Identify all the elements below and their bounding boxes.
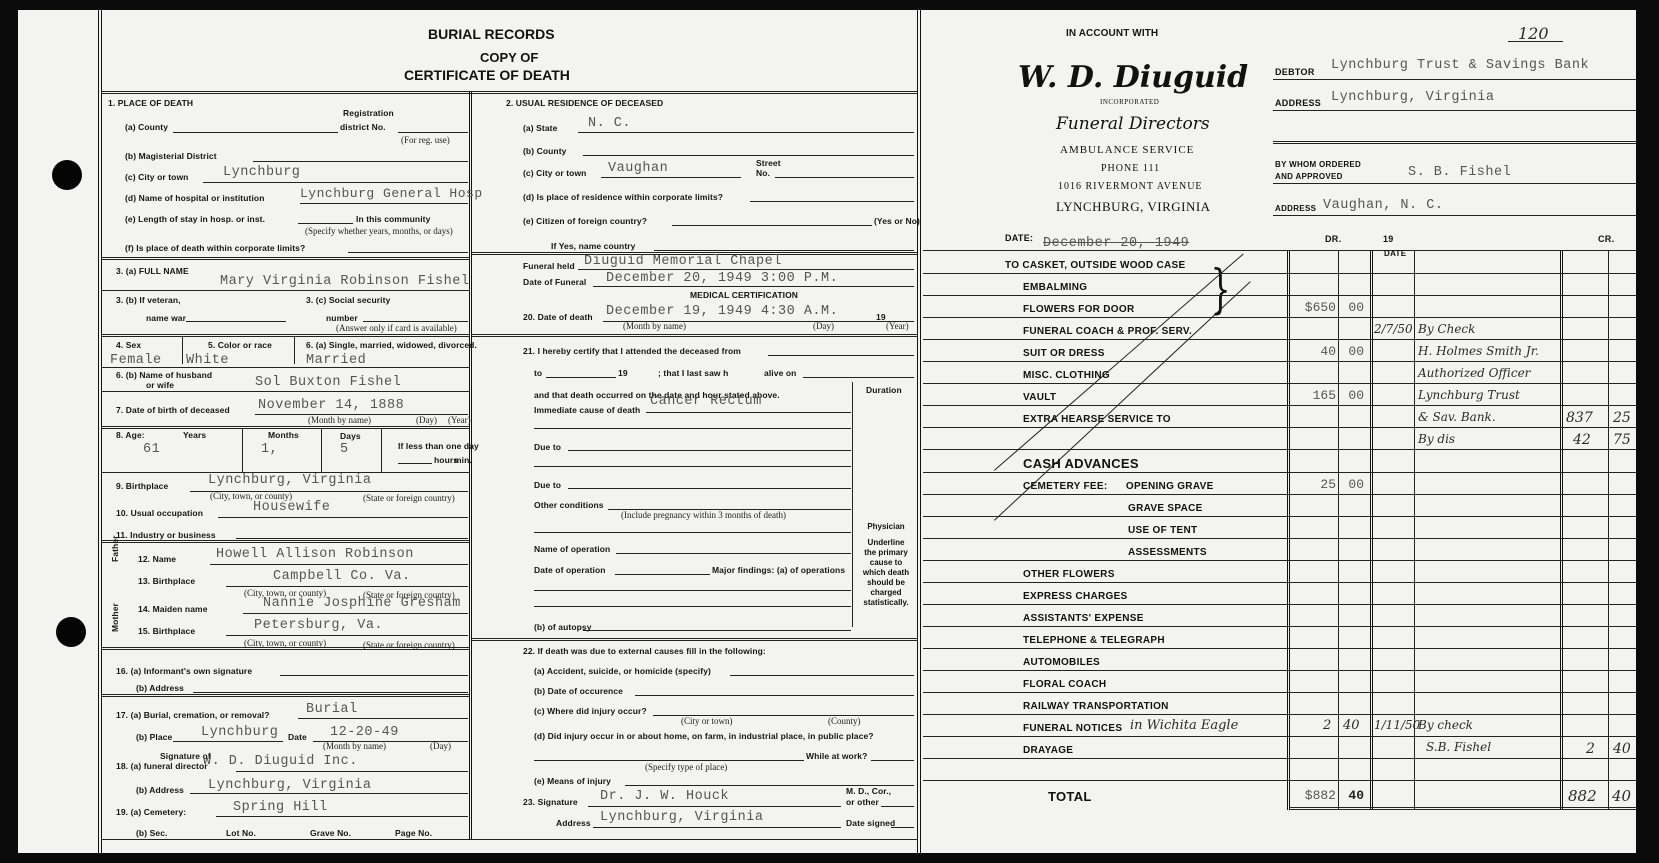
note-line: the primary [856,548,916,558]
signature-value: Dr. J. W. Houck [600,789,729,804]
item-label: ASSISTANTS' EXPENSE [1023,613,1144,624]
ss-note: (Answer only if card is available) [336,323,457,333]
item-credit-cents: 25 [1613,410,1631,426]
funeral-date-label: Date of Funeral [523,277,586,287]
rule [1273,141,1636,144]
item-cents: 00 [1340,477,1364,492]
cemetery-label: 19. (a) Cemetery: [116,807,186,817]
occurence-label: (b) Date of occurence [534,686,623,696]
hospital-value: Lynchburg General Hosp [300,186,483,201]
item-dollars: $650 [1290,300,1336,315]
item-label: AUTOMOBILES [1023,657,1100,668]
street-address: 1016 RIVERMONT AVENUE [1058,181,1203,192]
veteran-label: 3. (b) If veteran, [116,295,181,305]
row-rule [923,405,1636,406]
rule [102,540,470,543]
row-rule [923,714,1636,715]
cr-label: CR. [1598,234,1614,244]
operation-name-label: Name of operation [534,544,610,554]
item-label: SUIT OR DRESS [1023,348,1105,359]
ss-field[interactable] [363,321,468,322]
total-debit-cents: 40 [1340,788,1364,803]
note-city: (City or town) [681,716,733,726]
row-rule [923,538,1636,539]
item-label: TELEPHONE & TELEGRAPH [1023,635,1165,646]
item-cents: 00 [1340,344,1364,359]
while-at-work-label: While at work? [806,751,867,761]
funeral-director-value: W. D. Diuguid Inc. [203,754,358,769]
item-label: USE OF TENT [1128,525,1197,536]
ordered-by-field[interactable] [1273,183,1636,184]
rule [1508,41,1563,42]
months-value: 1, [261,442,278,457]
medical-heading: MEDICAL CERTIFICATION [690,290,798,300]
marital-label: 6. (a) Single, married, widowed, divorce… [306,340,477,350]
row-rule [923,494,1636,495]
item-label: TO CASKET, OUTSIDE WOOD CASE [1005,260,1185,271]
burial-place-value: Lynchburg [201,725,278,740]
state-value: N. C. [588,116,631,131]
rule [102,426,470,429]
res-corporate-label: (d) Is place of residence within corpora… [523,192,723,202]
occupation-label: 10. Usual occupation [116,508,203,518]
in-account-with: IN ACCOUNT WITH [1066,28,1158,39]
date-label: DATE: [1005,233,1033,243]
funeral-director-field[interactable] [236,771,468,772]
rule [102,334,470,337]
date-signed-label: Date signed [846,818,895,828]
item-handwritten-note: in Wichita Eagle [1130,718,1238,733]
row-rule [923,516,1636,517]
binder-hole-bottom [56,617,86,647]
divider [182,336,183,364]
years-value: 61 [143,442,160,457]
fd-address-field[interactable] [190,793,468,794]
column-divider [469,92,472,840]
signature-field[interactable] [588,806,841,807]
funeral-held-value: Diuguid Memorial Chapel [584,254,782,269]
operation-date-field[interactable] [615,574,710,575]
row-rule [923,317,1636,318]
signer-address-label: Address [556,818,591,828]
immediate-cause-value: Cancer Rectum [650,394,762,409]
divider [294,336,295,364]
date-column-label: DATE [1384,249,1406,258]
father-birthplace-label: 13. Birthplace [138,576,195,586]
hospital-field[interactable] [300,203,468,204]
age-label: 8. Age: [116,430,145,440]
funeral-directors-label: Funeral Directors [1056,114,1210,134]
due-to-label-2: Due to [534,480,561,490]
citizen-field[interactable] [672,225,872,226]
race-value: White [186,353,229,368]
rule [102,694,470,697]
min-label: min. [454,455,472,465]
item-label: EMBALMING [1023,282,1087,293]
city-label: (c) City or town [125,172,188,182]
total-credit: 882 [1568,787,1597,805]
marital-value: Married [306,353,366,368]
informant-address-label: (b) Address [136,683,184,693]
occurence-field[interactable] [635,695,914,696]
mother-birthplace-value: Petersburg, Va. [254,618,383,633]
item-credit-dollars: 42 [1573,432,1591,448]
ledger-top-rule [923,250,1636,251]
row-rule [923,648,1636,649]
citizen-label: (e) Citizen of foreign country? [523,216,647,226]
burial-date-value: 12-20-49 [330,725,399,740]
dr-label: DR. [1325,234,1341,244]
burial-type-field[interactable] [298,718,468,719]
col-line [1560,250,1563,810]
duration-label: Duration [866,385,902,395]
ordered-by-label: BY WHOM ORDERED [1275,160,1361,169]
accident-field[interactable] [730,675,914,676]
item-credit-cents: 40 [1613,741,1631,757]
registration-label: Registration [343,108,394,118]
to-label: to [534,368,542,378]
header-burial-records: BURIAL RECORDS [428,26,555,42]
rule [102,290,470,291]
injury-location-label: (c) Where did injury occur? [534,706,647,716]
alive-field[interactable] [803,377,914,378]
note-line: which death [856,568,916,578]
debtor-address-label: ADDRESS [1275,98,1321,108]
last-saw-label: ; that I last saw h [658,368,728,378]
father-name-value: Howell Allison Robinson [216,547,414,562]
father-birthplace-field[interactable] [226,586,468,587]
registration-field[interactable] [398,132,468,133]
county-field[interactable] [173,132,338,133]
street-no-label: No. [756,168,770,178]
item-note: & Sav. Bank. [1418,410,1496,424]
yes-no-note: (Yes or No) [874,216,920,226]
debtor-address-field[interactable] [1273,110,1636,111]
row-rule [923,736,1636,737]
item-label: FUNERAL COACH & PROF. SERV. [1023,326,1192,337]
item-note: By dis [1418,432,1455,446]
place-of-death-heading: 1. PLACE OF DEATH [108,98,193,108]
divider [381,428,382,472]
state-field[interactable] [578,132,914,133]
due-to-field-1[interactable] [568,450,851,451]
birthplace-label: 9. Birthplace [116,481,168,491]
birth-date-value: November 14, 1888 [258,398,404,413]
row-rule [923,383,1636,384]
months-label: Months [268,430,299,440]
row-rule [923,339,1636,340]
cemetery-value: Spring Hill [233,800,328,815]
note-line: charged [856,588,916,598]
mother-birthplace-label: 15. Birthplace [138,626,195,636]
signer-address-value: Lynchburg, Virginia [600,810,763,825]
rule [102,367,470,368]
mother-birthplace-field[interactable] [226,635,468,636]
row-rule [923,427,1636,428]
item-label: MISC. CLOTHING [1023,370,1110,381]
injury-place-field[interactable] [534,760,804,761]
magisterial-label: (b) Magisterial District [125,151,217,161]
row-rule [923,692,1636,693]
total-debit: $882 [1290,788,1336,803]
to-field[interactable] [546,377,616,378]
burial-place-label: (b) Place [136,732,172,742]
certify-label: 21. I hereby certify that I attended the… [523,346,741,356]
row-rule [923,560,1636,561]
days-value: 5 [340,442,349,457]
col-line [1608,250,1609,810]
rule [102,391,470,392]
stay-note: (Specify whether years, months, or days) [305,226,453,236]
total-rule [1290,807,1636,810]
mother-name-label: 14. Maiden name [138,604,208,614]
full-name-value: Mary Virginia Robinson Fishel [220,274,469,289]
autopsy-field[interactable] [583,630,851,631]
birthplace-value: Lynchburg, Virginia [208,473,371,488]
ordered-address-label: ADDRESS [1275,204,1316,213]
father-side-label: Father [110,535,120,562]
occupation-value: Housewife [253,500,330,515]
header-rule [102,91,917,94]
spouse-value: Sol Buxton Fishel [255,375,401,390]
note-line: statistically. [856,598,916,608]
mother-side-label: Mother [110,603,120,632]
state-label: (a) State [523,123,557,133]
item-label: GRAVE SPACE [1128,503,1203,514]
country-label: If Yes, name country [551,241,636,251]
community-label: In this community [356,214,430,224]
brace-icon: } [1211,264,1231,316]
note-month: (Month by name) [623,321,686,331]
certify-from-field[interactable] [768,355,914,356]
ordered-address-value: Vaughan, N. C. [1323,198,1443,213]
grave-label: Grave No. [310,828,351,838]
item-label: CEMETERY FEE: OPENING GRAVE [1023,481,1214,492]
death-date-value: December 19, 1949 4:30 A.M. [606,304,838,319]
operation-date-label: Date of operation [534,565,606,575]
city-field[interactable] [203,182,468,183]
res-county-label: (b) County [523,146,567,156]
funeral-held-field[interactable] [578,269,914,270]
physician-note: Physician Underline the primary cause to… [856,522,916,608]
row-rule [923,295,1636,296]
burial-date-label: Date [288,732,307,742]
item-credit-cents: 75 [1613,432,1631,448]
left-border [98,10,102,853]
to-19: 19 [618,368,628,378]
company-logo: W. D. Diuguid [1018,60,1248,95]
informant-signature-field[interactable] [280,675,468,676]
item-label: RAILWAY TRANSPORTATION [1023,701,1169,712]
sex-label: 4. Sex [116,340,141,350]
while-at-work-field[interactable] [871,760,914,761]
operation-name-field[interactable] [616,553,851,554]
means-label: (e) Means of injury [534,776,611,786]
md-label: M. D., Cor., [846,786,891,796]
less-than-day-label: If less than one day [398,441,479,451]
note-day: (Day) [430,741,451,751]
note-month: (Month by name) [308,415,371,425]
funeral-date-field[interactable] [593,286,914,287]
item-note: By Check [1418,322,1475,336]
injury-place-label: (d) Did injury occur in or about home, o… [534,731,874,741]
cash-advances-heading: CASH ADVANCES [1023,456,1139,471]
full-name-label: 3. (a) FULL NAME [116,266,189,276]
note-month: (Month by name) [323,741,386,751]
occupation-field[interactable] [218,517,468,518]
item-label: ASSESSMENTS [1128,547,1207,558]
rule [102,647,470,650]
note-day: (Day) [416,415,437,425]
item-credit-dollars: 2 [1586,741,1595,757]
corporate-field[interactable] [348,252,468,253]
other-conditions-label: Other conditions [534,500,604,510]
stay-field[interactable] [298,223,353,224]
due-to-label-1: Due to [534,442,561,452]
ordered-address-field[interactable] [1273,215,1636,216]
item-dollars: 2 [1323,718,1331,733]
cemetery-field[interactable] [216,816,468,817]
funeral-held-label: Funeral held [523,261,575,271]
pregnancy-note: (Include pregnancy within 3 months of de… [621,510,786,520]
item-note: S.B. Fishel [1426,740,1491,754]
rule [534,606,851,607]
rule [472,334,917,337]
ambulance-service: AMBULANCE SERVICE [1060,144,1194,156]
col-line [1338,250,1339,810]
item-dollars: 165 [1290,388,1336,403]
item-credit-dollars: 837 [1566,410,1593,426]
father-name-field[interactable] [210,564,468,565]
findings-label: Major findings: (a) of operations [712,565,845,575]
accident-label: (a) Accident, suicide, or homicide (spec… [534,666,711,676]
note-line: cause to [856,558,916,568]
signature-label: 23. Signature [523,797,578,807]
signer-address-field[interactable] [593,827,841,828]
spouse-label: 6. (b) Name of husband [116,370,212,380]
row-rule [923,582,1636,583]
item-label: EXPRESS CHARGES [1023,591,1128,602]
or-other-label: or other [846,797,879,807]
mother-name-field[interactable] [243,613,468,614]
col-line [1287,250,1290,810]
header-copy-of: COPY OF [480,50,538,65]
race-label: 5. Color or race [208,340,272,350]
due-to-field-2[interactable] [568,488,851,489]
death-date-label: 20. Date of death [523,312,593,322]
lot-label: Lot No. [226,828,256,838]
informant-signature-label: 16. (a) Informant's own signature [116,666,252,676]
war-field[interactable] [186,321,286,322]
item-label: EXTRA HEARSE SERVICE TO [1023,414,1171,425]
immediate-cause-label: Immediate cause of death [534,405,640,415]
rule [534,466,851,467]
note-line: Underline [856,538,916,548]
row-rule [923,758,1636,759]
document-page: BURIAL RECORDS COPY OF CERTIFICATE OF DE… [18,10,1636,853]
magisterial-field[interactable] [253,161,468,162]
street-field[interactable] [775,177,914,178]
item-note: Lynchburg Trust [1418,388,1520,402]
funeral-director-label-2: 18. (a) funeral director [116,761,208,771]
approved-label: AND APPROVED [1275,172,1343,181]
death-19: 19 [876,312,886,322]
rule [534,590,851,591]
page-label: Page No. [395,828,432,838]
fd-address-label: (b) Address [136,785,184,795]
total-credit-cents: 40 [1612,787,1631,805]
informant-address-field[interactable] [193,692,468,693]
country-field[interactable] [654,250,914,251]
header-certificate-of-death: CERTIFICATE OF DEATH [404,67,570,83]
ordered-by-value: S. B. Fishel [1408,165,1511,180]
row-rule [923,361,1636,362]
item-dollars: 25 [1290,477,1336,492]
debtor-label: DEBTOR [1275,67,1315,77]
row-rule [923,604,1636,605]
debtor-field[interactable] [1273,79,1636,80]
sex-value: Female [110,353,162,368]
item-cents: 00 [1340,300,1364,315]
burial-type-label: 17. (a) Burial, cremation, or removal? [116,710,270,720]
immediate-cause-field[interactable] [646,412,851,413]
rule [534,532,851,533]
spouse-label-2: or wife [146,380,174,390]
corporate-label: (f) Is place of death within corporate l… [125,243,305,253]
burial-place-field[interactable] [173,741,283,742]
father-name-label: 12. Name [138,554,176,564]
years-label: Years [183,430,206,440]
row-rule [923,626,1636,627]
incorporated-label: INCORPORATED [1100,98,1159,106]
item-label: OTHER FLOWERS [1023,569,1115,580]
mother-name-value: Nannie Josphine Gresham [263,596,461,611]
divider [321,428,322,472]
item-note: Authorized Officer [1418,366,1530,380]
res-city-field[interactable] [601,177,741,178]
date-value: December 20, 1949 [1043,236,1189,251]
item-label: FUNERAL NOTICES [1023,723,1122,734]
other-field[interactable] [881,806,914,807]
note-line: should be [856,578,916,588]
item-date: 1/11/50 [1374,718,1420,732]
district-label: district No. [340,122,386,132]
debtor-address-value: Lynchburg, Virginia [1331,90,1494,105]
res-city-value: Vaughan [608,161,668,176]
total-label: TOTAL [1048,789,1092,804]
industry-field[interactable] [236,538,468,539]
ss-number-label: number [326,313,358,323]
row-rule [923,449,1636,450]
hours-field[interactable] [398,463,432,464]
father-birthplace-value: Campbell Co. Va. [273,569,411,584]
item-cents: 00 [1340,388,1364,403]
row-rule [923,472,1636,473]
res-county-field[interactable] [583,155,914,156]
note-year: (Year) [448,415,471,425]
place-type-note: (Specify type of place) [645,762,727,772]
street-label: Street [756,158,781,168]
item-dollars: 40 [1290,344,1336,359]
hospital-label: (d) Name of hospital or institution [125,193,265,203]
physician-label: Physician [856,522,916,532]
industry-label: 11. Industry or business [116,530,216,540]
res-corporate-field[interactable] [750,201,914,202]
col-line [1370,250,1373,810]
fd-address-value: Lynchburg, Virginia [208,778,371,793]
date-signed-field[interactable] [891,827,914,828]
item-label: FLOWERS FOR DOOR [1023,304,1134,315]
